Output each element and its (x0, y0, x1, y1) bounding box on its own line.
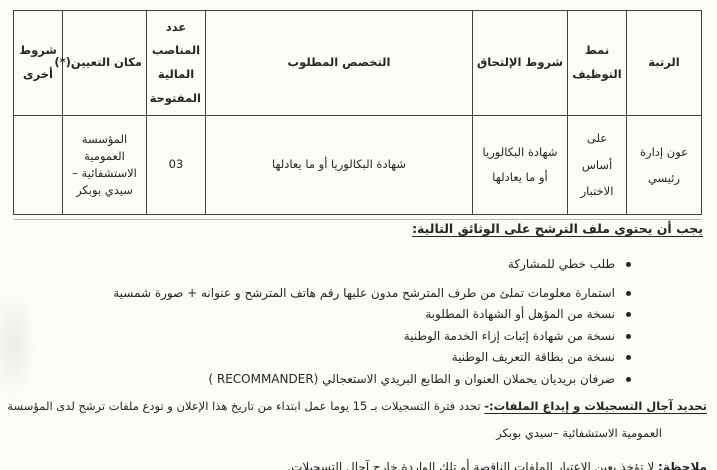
list-item: ضرفان بريديان يحملان العنوان و الطابع ال… (113, 369, 631, 391)
bullet-icon (626, 291, 631, 296)
bullet-icon (626, 312, 631, 317)
deadlines-body: تحدد فترة التسجيلات بـ 15 يوما عمل ابتدا… (7, 399, 484, 413)
deadlines-line-2: العمومية الاستشفائية –سيدي بوبكر (0, 425, 707, 442)
deadlines-line-1: تحديد آجال التسجيلات و إيداع الملفات:- ت… (0, 398, 707, 415)
bullet-icon (626, 355, 631, 360)
list-item: استمارة معلومات تملئ من طرف المترشح مدون… (113, 283, 631, 305)
list-item-text: ضرفان بريديان يحملان العنوان و الطابع ال… (208, 372, 615, 386)
cell-employment-mode: على أساس الاختبار (568, 116, 627, 215)
required-documents-list: طلب خطي للمشاركة استمارة معلومات تملئ من… (113, 254, 631, 390)
note-lead: ملاحظة: (658, 460, 707, 470)
scan-smudge-artifact (0, 290, 36, 400)
table-data-row: عون إدارة رئيسي على أساس الاختبار شهادة … (14, 116, 702, 215)
list-item: نسخة من بطاقة التعريف الوطنية (113, 347, 631, 369)
bottom-note-cutoff: ملاحظة: لا تؤخذ بعين الاعتبار الملفات ال… (287, 458, 707, 470)
bullet-icon (626, 334, 631, 339)
cell-assignment-location: المؤسسة العمومية الاستشفائية – سيدي بوبك… (63, 116, 147, 215)
cell-other-conditions (14, 116, 63, 215)
scanned-job-announcement-page: الرتبة نمط التوظيف شروط الإلتحاق التخصص … (0, 0, 717, 470)
bullet-icon (626, 377, 631, 382)
recruitment-table: الرتبة نمط التوظيف شروط الإلتحاق التخصص … (13, 10, 702, 215)
col-header-join-conditions: شروط الإلتحاق (473, 11, 568, 116)
cell-open-positions: 03 (147, 116, 206, 215)
col-header-open-positions: عدد المناصب المالية المفتوحة (147, 11, 206, 116)
cell-rank: عون إدارة رئيسي (627, 116, 702, 215)
bullet-icon (626, 262, 631, 267)
col-header-employment-mode: نمط التوظيف (568, 11, 627, 116)
note-text: لا تؤخذ بعين الاعتبار الملفات الناقصة أو… (287, 460, 658, 470)
table-bottom-ghost-line (14, 219, 702, 220)
table-header-row: الرتبة نمط التوظيف شروط الإلتحاق التخصص … (14, 11, 702, 116)
list-item-text: نسخة من المؤهل أو الشهادة المطلوبة (425, 307, 615, 321)
list-item: نسخة من شهادة إثبات إزاء الخدمة الوطنية (113, 326, 631, 348)
list-item: نسخة من المؤهل أو الشهادة المطلوبة (113, 304, 631, 326)
col-header-required-specialty: التخصص المطلوب (206, 11, 473, 116)
required-documents-heading: يجب أن يحتوي ملف الترشح على الوثائق التا… (412, 221, 703, 236)
cell-join-conditions: شهادة البكالوريا أو ما يعادلها (473, 116, 568, 215)
col-header-assignment-location: مكان التعيين(*) (63, 11, 147, 116)
list-item-text: طلب خطي للمشاركة (508, 257, 615, 271)
list-item-text: استمارة معلومات تملئ من طرف المترشح مدون… (113, 286, 615, 300)
list-item: طلب خطي للمشاركة (113, 254, 631, 276)
list-item-text: نسخة من بطاقة التعريف الوطنية (452, 350, 615, 364)
deadlines-lead: تحديد آجال التسجيلات و إيداع الملفات:- (484, 399, 707, 413)
cell-required-specialty: شهادة البكالوريا أو ما يعادلها (206, 116, 473, 215)
registration-deadlines-paragraph: تحديد آجال التسجيلات و إيداع الملفات:- ت… (0, 398, 707, 442)
list-item-text: نسخة من شهادة إثبات إزاء الخدمة الوطنية (404, 329, 615, 343)
col-header-rank: الرتبة (627, 11, 702, 116)
